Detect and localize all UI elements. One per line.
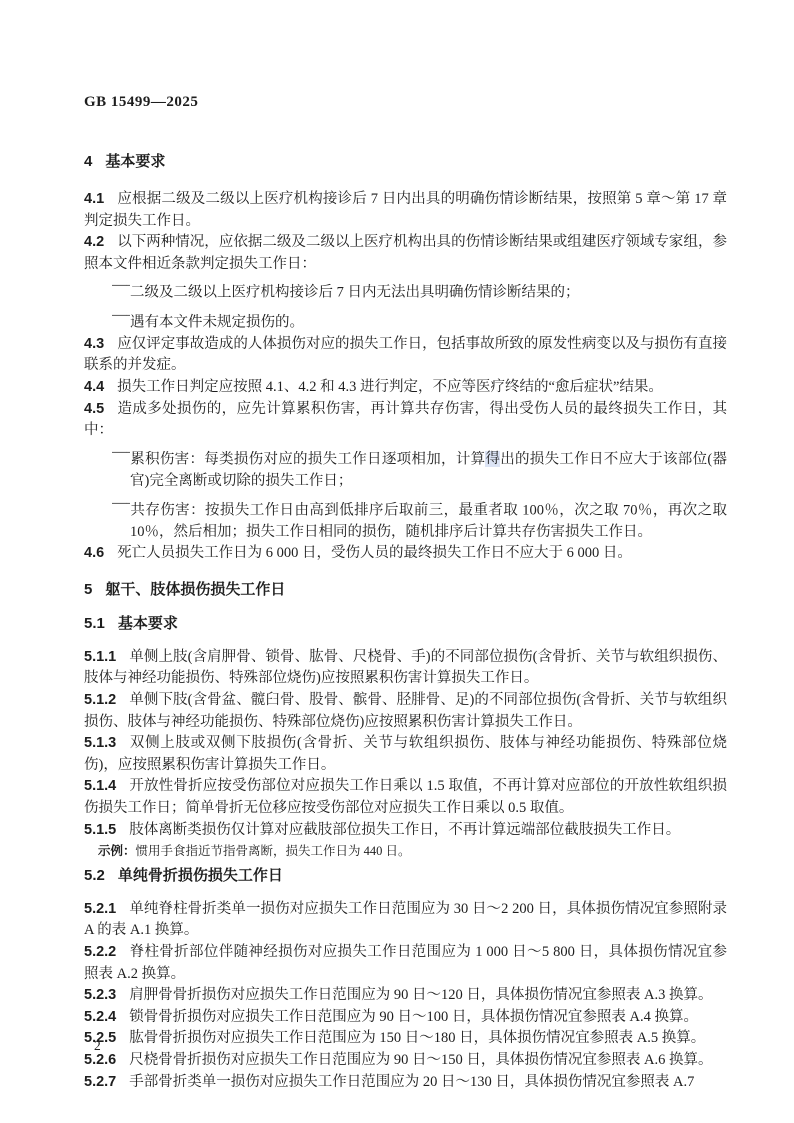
clause-4-2: 4.2以下两种情况，应依据二级及二级以上医疗机构出具的伤情诊断结果或组建医疗领域…	[84, 232, 727, 275]
clause-4-4: 4.4损失工作日判定应按照 4.1、4.2 和 4.3 进行判定，不应等医疗终结…	[84, 377, 727, 399]
chapter-5: 5躯干、肢体损伤损失工作日 5.1基本要求 5.1.1单侧上肢(含肩胛骨、锁骨、…	[84, 579, 727, 1093]
em-dash: ——	[112, 493, 130, 515]
clause-number: 5.2.6	[84, 1052, 116, 1068]
clause-4-6: 4.6死亡人员损失工作日为 6 000 日，受伤人员的最终损失工作日不应大于 6…	[84, 543, 727, 565]
clause-number: 5.2.2	[84, 944, 116, 960]
clause-text: 单纯脊柱骨折类单一损伤对应损失工作日范围应为 30 日～2 200 日，具体损伤…	[84, 901, 727, 939]
chapter-5-heading: 5躯干、肢体损伤损失工作日	[84, 579, 727, 601]
clause-number: 5.2.3	[84, 987, 116, 1003]
clause-4-5: 4.5造成多处损伤的，应先计算累积伤害，再计算共存伤害，得出受伤人员的最终损失工…	[84, 399, 727, 442]
section-5-2-heading: 5.2单纯骨折损伤损失工作日	[84, 865, 727, 887]
chapter-4: 4基本要求 4.1应根据二级及二级以上医疗机构接诊后 7 日内出具的明确伤情诊断…	[84, 151, 727, 565]
clause-number: 5.1.4	[84, 778, 116, 794]
clause-5-1-5: 5.1.5肢体离断类损伤仅计算对应截肢部位损失工作日，不再计算远端部位截肢损失工…	[84, 820, 727, 842]
clause-5-2-3: 5.2.3肩胛骨骨折损伤对应损失工作日范围应为 90 日～120 日，具体损伤情…	[84, 985, 727, 1007]
heading-title: 单纯骨折损伤损失工作日	[118, 867, 283, 884]
heading-number: 5.1	[84, 615, 105, 632]
heading-title: 基本要求	[105, 153, 165, 170]
clause-4-2-item-1: ——二级及二级以上医疗机构接诊后 7 日内无法出具明确伤情诊断结果的；	[84, 275, 727, 304]
clause-text: 开放性骨折应按受伤部位对应损失工作日乘以 1.5 取值，不再计算对应部位的开放性…	[84, 778, 727, 816]
clause-number: 5.2.7	[84, 1074, 116, 1090]
clause-5-2-7: 5.2.7手部骨折类单一损伤对应损失工作日范围应为 20 日～130 日，具体损…	[84, 1072, 727, 1094]
clause-number: 5.1.1	[84, 649, 116, 665]
text-highlight: 得	[485, 451, 500, 467]
clause-text: 单侧下肢(含骨盆、髋臼骨、股骨、髌骨、胫腓骨、足)的不同部位损伤(含骨折、关节与…	[84, 692, 727, 730]
clause-text: 造成多处损伤的，应先计算累积伤害，再计算共存伤害，得出受伤人员的最终损失工作日，…	[84, 401, 727, 439]
document-page: GB 15499—2025 4基本要求 4.1应根据二级及二级以上医疗机构接诊后…	[0, 0, 794, 1093]
em-dash: ——	[112, 305, 130, 327]
clause-number: 4.4	[84, 379, 104, 395]
clause-5-1-4: 5.1.4开放性骨折应按受伤部位对应损失工作日乘以 1.5 取值，不再计算对应部…	[84, 776, 727, 819]
clause-text: 脊柱骨折部位伴随神经损伤对应损失工作日范围应为 1 000 日～5 800 日，…	[84, 944, 727, 982]
page-number: 2	[94, 1038, 101, 1054]
dash-item-text: 遇有本文件未规定损伤的。	[130, 314, 304, 330]
clause-text: 双侧上肢或双侧下肢损伤(含骨折、关节与软组织损伤、肢体与神经功能损伤、特殊部位烧…	[84, 735, 727, 773]
clause-number: 4.5	[84, 401, 104, 417]
clause-text: 损失工作日判定应按照 4.1、4.2 和 4.3 进行判定，不应等医疗终结的“愈…	[117, 379, 663, 395]
clause-number: 5.1.5	[84, 822, 116, 838]
clause-5-2-1: 5.2.1单纯脊柱骨折类单一损伤对应损失工作日范围应为 30 日～2 200 日…	[84, 899, 727, 942]
heading-title: 躯干、肢体损伤损失工作日	[105, 581, 285, 598]
heading-title: 基本要求	[118, 615, 178, 632]
chapter-4-heading: 4基本要求	[84, 151, 727, 173]
em-dash: ——	[112, 442, 130, 464]
clause-text: 应仅评定事故造成的人体损伤对应的损失工作日，包括事故所致的原发性病变以及与损伤有…	[84, 336, 727, 374]
dash-item-text: 二级及二级以上医疗机构接诊后 7 日内无法出具明确伤情诊断结果的；	[130, 285, 580, 301]
clause-5-1-3: 5.1.3双侧上肢或双侧下肢损伤(含骨折、关节与软组织损伤、肢体与神经功能损伤、…	[84, 733, 727, 776]
clause-number: 4.3	[84, 336, 104, 352]
clause-5-2-6: 5.2.6尺桡骨骨折损伤对应损失工作日范围应为 90 日～150 日，具体损伤情…	[84, 1050, 727, 1072]
clause-5-1-2: 5.1.2单侧下肢(含骨盆、髋臼骨、股骨、髌骨、胫腓骨、足)的不同部位损伤(含骨…	[84, 690, 727, 733]
clause-4-3: 4.3应仅评定事故造成的人体损伤对应的损失工作日，包括事故所致的原发性病变以及与…	[84, 334, 727, 377]
clause-4-2-item-2: ——遇有本文件未规定损伤的。	[84, 305, 727, 334]
example-note: 示例：惯用手食指近节指骨离断，损失工作日为 440 日。	[84, 841, 727, 863]
dash-item-text: 共存伤害：按损失工作日由高到低排序后取前三，最重者取 100％，次之取 70％，…	[130, 502, 727, 540]
clause-text: 以下两种情况，应依据二级及二级以上医疗机构出具的伤情诊断结果或组建医疗领域专家组…	[84, 234, 727, 272]
clause-text: 肩胛骨骨折损伤对应损失工作日范围应为 90 日～120 日，具体损伤情况宜参照表…	[129, 987, 712, 1003]
clause-number: 5.2.4	[84, 1009, 116, 1025]
em-dash: ——	[112, 275, 130, 297]
clause-5-2-2: 5.2.2脊柱骨折部位伴随神经损伤对应损失工作日范围应为 1 000 日～5 8…	[84, 942, 727, 985]
clause-5-1-1: 5.1.1单侧上肢(含肩胛骨、锁骨、肱骨、尺桡骨、手)的不同部位损伤(含骨折、关…	[84, 647, 727, 690]
clause-text: 应根据二级及二级以上医疗机构接诊后 7 日内出具的明确伤情诊断结果，按照第 5 …	[84, 191, 727, 229]
clause-number: 5.2.1	[84, 901, 116, 917]
clause-4-1: 4.1应根据二级及二级以上医疗机构接诊后 7 日内出具的明确伤情诊断结果，按照第…	[84, 189, 727, 232]
clause-5-2-4: 5.2.4锁骨骨折损伤对应损失工作日范围应为 90 日～100 日，具体损伤情况…	[84, 1007, 727, 1029]
doc-code: GB 15499—2025	[84, 94, 727, 111]
clause-4-5-item-2: ——共存伤害：按损失工作日由高到低排序后取前三，最重者取 100％，次之取 70…	[84, 493, 727, 544]
heading-number: 5	[84, 581, 92, 598]
clause-text: 锁骨骨折损伤对应损失工作日范围应为 90 日～100 日，具体损伤情况宜参照表 …	[129, 1009, 698, 1025]
clause-number: 4.2	[84, 234, 104, 250]
clause-number: 4.6	[84, 545, 104, 561]
clause-text: 手部骨折类单一损伤对应损失工作日范围应为 20 日～130 日，具体损伤情况宜参…	[129, 1074, 694, 1090]
dash-item-text: 累积伤害：每类损伤对应的损失工作日逐项相加，计算得出的损失工作日不应大于该部位(…	[130, 451, 727, 489]
section-5-1-heading: 5.1基本要求	[84, 613, 727, 635]
heading-number: 5.2	[84, 867, 105, 884]
clause-number: 5.1.3	[84, 735, 116, 751]
example-label: 示例：	[98, 844, 136, 858]
example-text: 惯用手食指近节指骨离断，损失工作日为 440 日。	[136, 844, 411, 858]
clause-text: 尺桡骨骨折损伤对应损失工作日范围应为 90 日～150 日，具体损伤情况宜参照表…	[129, 1052, 712, 1068]
clause-5-2-5: 5.2.5肱骨骨折损伤对应损失工作日范围应为 150 日～180 日，具体损伤情…	[84, 1028, 727, 1050]
clause-text: 死亡人员损失工作日为 6 000 日，受伤人员的最终损失工作日不应大于 6 00…	[117, 545, 632, 561]
clause-text: 单侧上肢(含肩胛骨、锁骨、肱骨、尺桡骨、手)的不同部位损伤(含骨折、关节与软组织…	[84, 649, 727, 687]
clause-text: 肢体离断类损伤仅计算对应截肢部位损失工作日，不再计算远端部位截肢损失工作日。	[129, 822, 680, 838]
clause-4-5-item-1: ——累积伤害：每类损伤对应的损失工作日逐项相加，计算得出的损失工作日不应大于该部…	[84, 442, 727, 493]
clause-text: 肱骨骨折损伤对应损失工作日范围应为 150 日～180 日，具体损伤情况宜参照表…	[129, 1030, 705, 1046]
heading-number: 4	[84, 153, 92, 170]
text-part: 累积伤害：每类损伤对应的损失工作日逐项相加，计算	[130, 451, 485, 467]
clause-number: 5.1.2	[84, 692, 116, 708]
clause-number: 4.1	[84, 191, 104, 207]
